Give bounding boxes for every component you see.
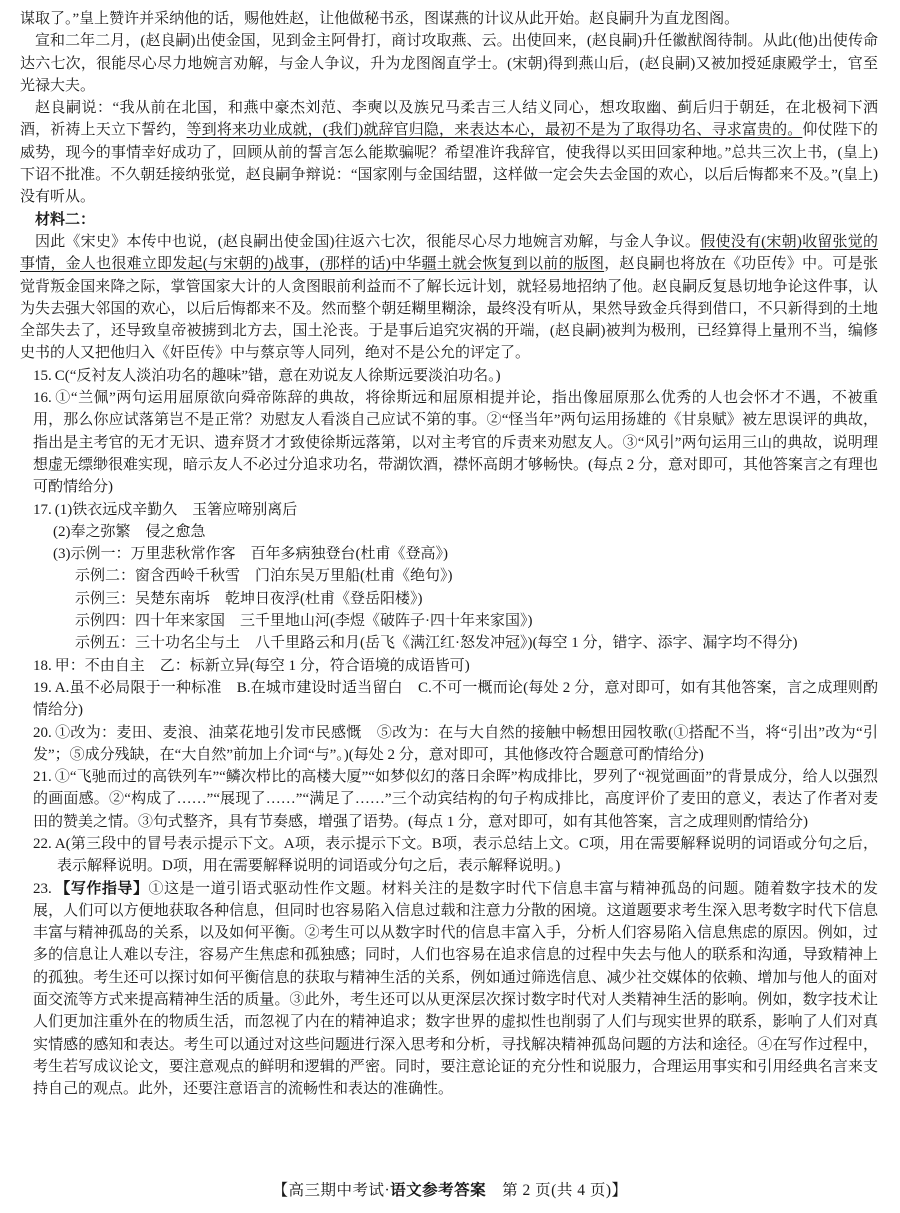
answer-17-line-5-text: 示例三：吴楚东南坼 乾坤日夜浮(杜甫《登岳阳楼》) xyxy=(75,591,423,607)
material-2-heading-text: 材料二： xyxy=(35,211,95,228)
translation-paragraph-3: 赵良嗣说：“我从前在北国，和燕中豪杰刘范、李奭以及族兄马柔吉三人结义同心，想攻取… xyxy=(20,97,878,208)
answer-17-line-5: 示例三：吴楚东南坼 乾坤日夜浮(杜甫《登岳阳楼》) xyxy=(33,588,878,610)
translation-paragraph-1: 谋取了。”皇上赞许并采纳他的话，赐他姓赵，让他做秘书丞，图谋燕的计议从此开始。赵… xyxy=(20,8,878,30)
material-2-paragraph: 因此《宋史》本传中也说，(赵良嗣出使金国)往返六七次，很能尽心尽力地婉言劝解，与… xyxy=(20,231,878,365)
answer-17-line-4-text: 示例二：窗含西岭千秋雪 门泊东吴万里船(杜甫《绝句》) xyxy=(75,568,453,584)
footer-page-number: 第 2 页(共 4 页)】 xyxy=(486,1182,627,1199)
answer-17-line-3: (3)示例一：万里悲秋常作客 百年多病独登台(杜甫《登高》) xyxy=(33,543,878,565)
answer-17-line-2: (2)奉之弥繁 侵之愈急 xyxy=(33,521,878,543)
material-2-paragraph-pre: 因此《宋史》本传中也说，(赵良嗣出使金国)往返六七次，很能尽心尽力地婉言劝解，与… xyxy=(35,234,700,250)
answer-16-number: 16. xyxy=(33,390,52,406)
answer-23-label: 【写作指导】 xyxy=(55,881,149,897)
answer-item-20: 20.①改为：麦田、麦浪、油菜花地引发市民感慨 ⑤改为：在与大自然的接触中畅想田… xyxy=(33,722,878,767)
answer-item-23: 23.【写作指导】①这是一道引语式驱动性作文题。材料关注的是数字时代下信息丰富与… xyxy=(33,878,878,1101)
answer-19-number: 19. xyxy=(33,680,52,696)
translation-paragraph-2: 宣和二年二月，(赵良嗣)出使金国，见到金主阿骨打，商讨攻取燕、云。出使回来，(赵… xyxy=(20,30,878,97)
answer-item-21: 21.①“飞驰而过的高铁列车”“鳞次栉比的高楼大厦”“如梦似幻的落日余晖”构成排… xyxy=(33,766,878,833)
answer-19-text: A.虽不必局限于一种标准 B.在城市建设时适当留白 C.不可一概而论(每处 2 … xyxy=(33,680,878,718)
answer-20-text: ①改为：麦田、麦浪、油菜花地引发市民感慨 ⑤改为：在与大自然的接触中畅想田园牧歌… xyxy=(33,725,878,763)
answer-17-line-3-text: (3)示例一：万里悲秋常作客 百年多病独登台(杜甫《登高》) xyxy=(53,546,448,562)
answers-section: 15.C(“反衬友人淡泊功名的趣味”错，意在劝说友人徐斯远要淡泊功名。) 16.… xyxy=(20,365,878,1101)
answer-15-text: C(“反衬友人淡泊功名的趣味”错，意在劝说友人徐斯远要淡泊功名。) xyxy=(55,368,501,384)
answer-18-number: 18. xyxy=(33,658,52,674)
translation-paragraph-2-text: 宣和二年二月，(赵良嗣)出使金国，见到金主阿骨打，商讨攻取燕、云。出使回来，(赵… xyxy=(20,33,878,94)
footer-exam-title: 【高三期中考试· xyxy=(272,1182,390,1199)
answer-17-line-7: 示例五：三十功名尘与土 八千里路云和月(岳飞《满江红·怒发冲冠》)(每空 1 分… xyxy=(33,632,878,654)
translation-paragraph-1-text: 谋取了。”皇上赞许并采纳他的话，赐他姓赵，让他做秘书丞，图谋燕的计议从此开始。赵… xyxy=(20,11,739,27)
answer-23-text: ①这是一道引语式驱动性作文题。材料关注的是数字时代下信息丰富与精神孤岛的问题。随… xyxy=(33,881,878,1098)
answer-item-15: 15.C(“反衬友人淡泊功名的趣味”错，意在劝说友人徐斯远要淡泊功名。) xyxy=(33,365,878,387)
answer-17-line-4: 示例二：窗含西岭千秋雪 门泊东吴万里船(杜甫《绝句》) xyxy=(33,565,878,587)
answer-item-18: 18.甲：不由自主 乙：标新立异(每空 1 分，符合语境的成语皆可) xyxy=(33,655,878,677)
answer-22-number: 22. xyxy=(33,836,52,852)
answer-16-text: ①“兰佩”两句运用屈原欲向舜帝陈辞的典故，将徐斯远和屈原相提并论，指出像屈原那么… xyxy=(33,390,878,495)
answer-21-number: 21. xyxy=(33,769,52,785)
answer-item-16: 16.①“兰佩”两句运用屈原欲向舜帝陈辞的典故，将徐斯远和屈原相提并论，指出像屈… xyxy=(33,387,878,498)
answer-20-number: 20. xyxy=(33,725,52,741)
answer-17-line-6-text: 示例四：四十年来家国 三千里地山河(李煜《破阵子·四十年来家国》) xyxy=(75,613,533,629)
answer-17-line-6: 示例四：四十年来家国 三千里地山河(李煜《破阵子·四十年来家国》) xyxy=(33,610,878,632)
answer-17-line-1: 17.(1)铁衣远戍辛勤久 玉箸应啼别离后 xyxy=(33,499,878,521)
answer-23-number: 23. xyxy=(33,881,52,897)
answer-22-text: A(第三段中的冒号表示提示下文。A项，表示提示下文。B项，表示总结上文。C项，用… xyxy=(55,836,878,874)
answer-17-line-2-text: (2)奉之弥繁 侵之愈急 xyxy=(53,524,206,540)
exam-answer-sheet-page: 谋取了。”皇上赞许并采纳他的话，赐他姓赵，让他做秘书丞，图谋燕的计议从此开始。赵… xyxy=(0,0,900,1213)
answer-17-line-1-text: (1)铁衣远戍辛勤久 玉箸应啼别离后 xyxy=(55,502,298,518)
answer-item-17: 17.(1)铁衣远戍辛勤久 玉箸应啼别离后 (2)奉之弥繁 侵之愈急 (3)示例… xyxy=(33,499,878,655)
answer-21-text: ①“飞驰而过的高铁列车”“鳞次栉比的高楼大厦”“如梦似幻的落日余晖”构成排比，罗… xyxy=(33,769,878,830)
translation-paragraph-3-underlined: 等到将来功业成就，(我们)就辞官归隐，来表达本心，最初不是为了取得功名、寻求富贵… xyxy=(187,122,803,138)
answer-17-line-7-text: 示例五：三十功名尘与土 八千里路云和月(岳飞《满江红·怒发冲冠》)(每空 1 分… xyxy=(75,635,797,651)
answer-18-text: 甲：不由自主 乙：标新立异(每空 1 分，符合语境的成语皆可) xyxy=(55,658,470,674)
material-2-heading: 材料二： xyxy=(20,209,878,231)
answer-item-19: 19.A.虽不必局限于一种标准 B.在城市建设时适当留白 C.不可一概而论(每处… xyxy=(33,677,878,722)
page-content: 谋取了。”皇上赞许并采纳他的话，赐他姓赵，让他做秘书丞，图谋燕的计议从此开始。赵… xyxy=(0,0,900,1101)
answer-17-number: 17. xyxy=(33,502,52,518)
translation-section: 谋取了。”皇上赞许并采纳他的话，赐他姓赵，让他做秘书丞，图谋燕的计议从此开始。赵… xyxy=(20,8,878,365)
answer-15-number: 15. xyxy=(33,368,52,384)
footer-subject-title: 语文参考答案 xyxy=(390,1182,486,1199)
answer-item-22: 22.A(第三段中的冒号表示提示下文。A项，表示提示下文。B项，表示总结上文。C… xyxy=(33,833,878,878)
page-footer: 【高三期中考试·语文参考答案 第 2 页(共 4 页)】 xyxy=(0,1180,900,1202)
